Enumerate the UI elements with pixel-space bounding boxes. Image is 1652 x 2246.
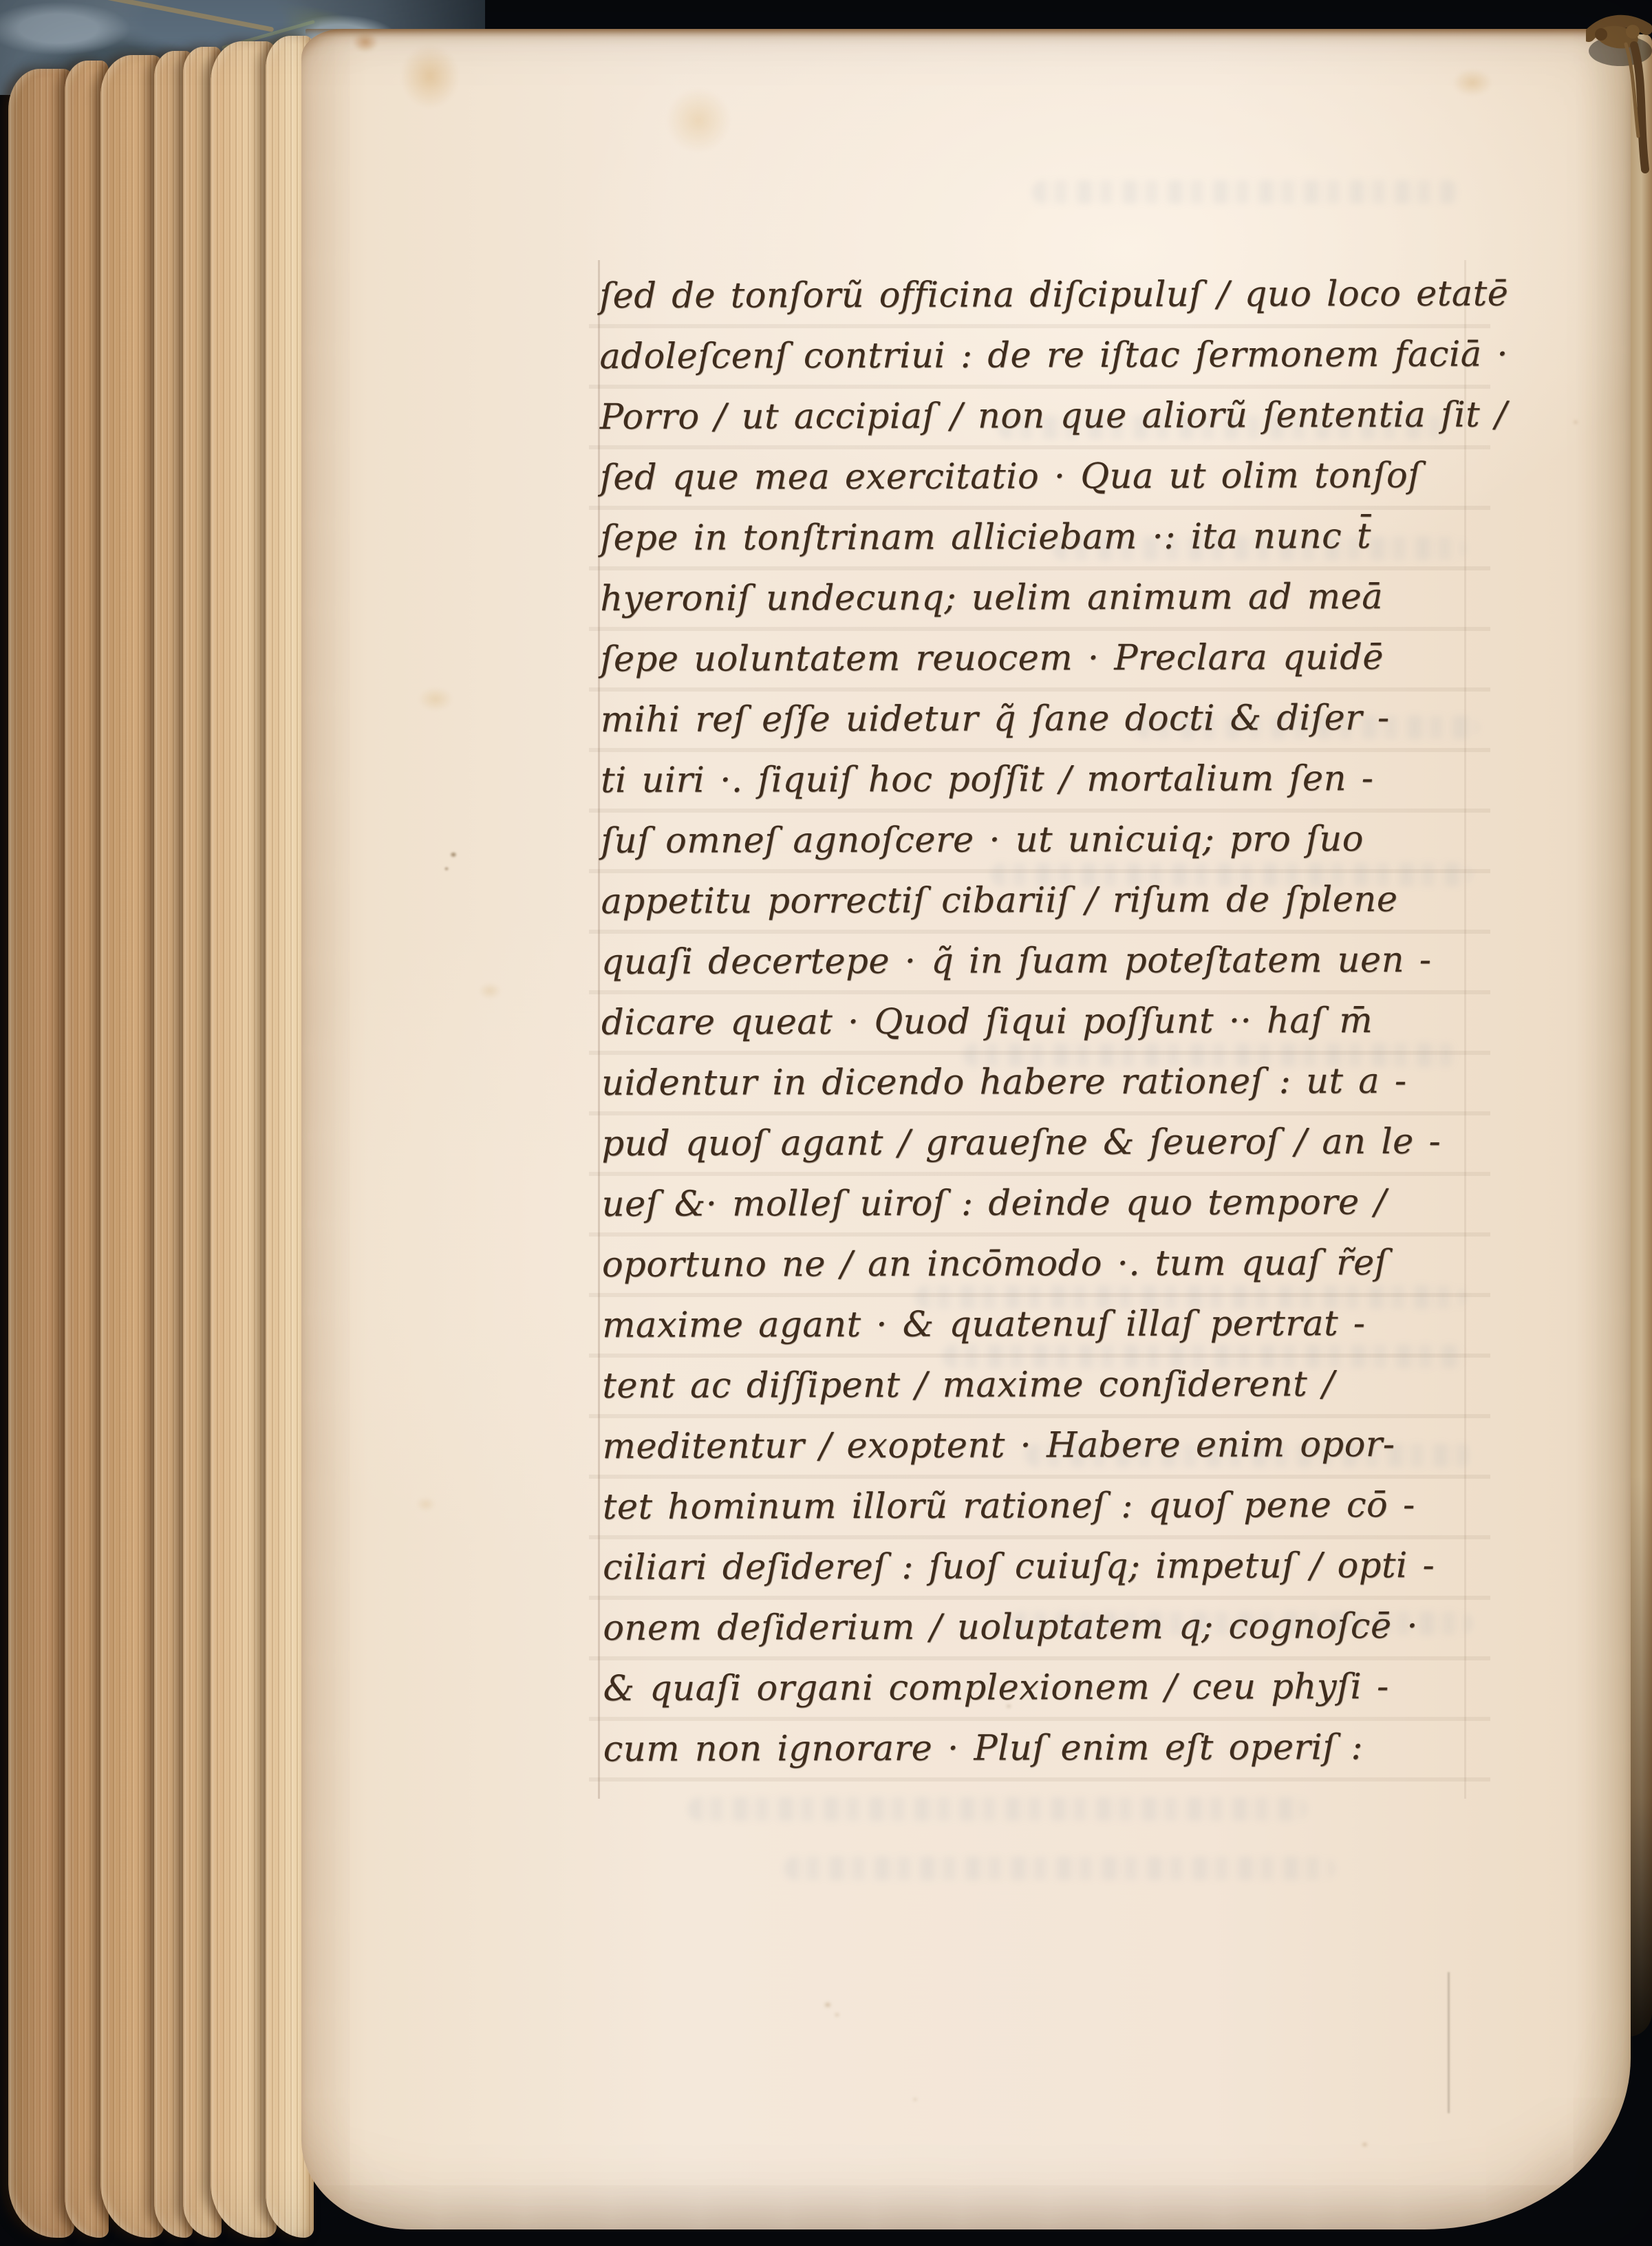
text-line: ſepe uoluntatem reuocem · Preclara quidē	[601, 627, 1619, 690]
text-line: ueſ &· molleſ uiroſ : deinde quo tempore…	[602, 1172, 1620, 1235]
stain	[411, 683, 460, 716]
text-line: Porro / ut accipiaſ / non que aliorũ ſen…	[600, 385, 1618, 448]
show-through	[688, 1797, 1307, 1821]
text-block: ſed de tonſorũ officina diſcipuluſ / quo…	[599, 264, 1622, 1780]
text-line: ſed de tonſorũ officina diſcipuluſ / quo…	[599, 264, 1618, 327]
text-line: meditentur / exoptent · Habere enim opor…	[603, 1414, 1621, 1477]
text-line: dicare queat · Quod ſiqui poſſunt ·· haſ…	[601, 990, 1620, 1054]
text-line: ſuſ omneſ agnoſcere · ut unicuiq; pro ſu…	[601, 809, 1619, 872]
text-line: quaſi decertepe · q̃ in ſuam poteſtatem …	[601, 930, 1620, 993]
stain	[654, 76, 743, 165]
text-line: & quaſi organi complexionem / ceu phyſi …	[603, 1656, 1621, 1720]
manuscript-photo: ſed de tonſorũ officina diſcipuluſ / quo…	[0, 0, 1652, 2246]
text-line: tet hominum illorũ rationeſ : quoſ pene …	[603, 1475, 1621, 1538]
text-line: maxime agant · & quatenuſ illaſ pertrat …	[602, 1293, 1620, 1356]
paper-crease	[1448, 1972, 1450, 2113]
stain	[834, 2012, 840, 2018]
text-line: ſed que mea exercitatio · Qua ut olim to…	[600, 445, 1618, 509]
text-line: appetitu porrectiſ cibariiſ / riſum de ſ…	[601, 869, 1619, 932]
text-line: hyeroniſ undecunq; uelim animum ad meā	[600, 566, 1618, 630]
stain	[347, 28, 383, 56]
show-through	[784, 1857, 1335, 1880]
stain	[443, 866, 450, 872]
text-line: cum non ignorare · Pluſ enim eſt operiſ …	[603, 1717, 1622, 1780]
text-line: onem deſiderium / uoluptatem q; cognoſcē…	[603, 1596, 1621, 1659]
text-line: ſepe in tonſtrinam alliciebam ·: ita nun…	[600, 506, 1618, 569]
speck	[1361, 2141, 1369, 2148]
tassel-knot	[1626, 25, 1640, 39]
text-line: mihi reſ eſſe uidetur q̃ ſane docti & di…	[601, 687, 1619, 751]
text-line: ciliari deſidereſ : ſuoſ cuiuſq; impetuſ…	[603, 1535, 1621, 1598]
stain	[823, 2001, 833, 2009]
tassel-knot	[1595, 28, 1607, 41]
stain	[1445, 63, 1500, 102]
stain	[475, 980, 505, 1002]
bookmark-tassel	[1586, 6, 1652, 184]
text-line: tent ac diſſipent / maxime conſiderent /	[602, 1354, 1620, 1417]
text-line: uidentur in dicendo habere rationeſ : ut…	[601, 1051, 1620, 1114]
stain	[413, 1495, 439, 1514]
show-through	[1032, 180, 1459, 204]
stain	[389, 32, 471, 121]
speck	[912, 2097, 918, 2101]
text-line: oportuno ne / an incōmodo ·. tum quaſ r̃…	[602, 1232, 1620, 1296]
text-line: ti uiri ·. ſiquiſ hoc poſſit / mortalium…	[601, 748, 1619, 811]
text-line: pud quoſ agant / graueſne & ſeueroſ / an…	[601, 1111, 1620, 1175]
stain	[449, 851, 458, 859]
text-line: adoleſcenſ contriui : de re iſtac ſermon…	[599, 324, 1618, 387]
